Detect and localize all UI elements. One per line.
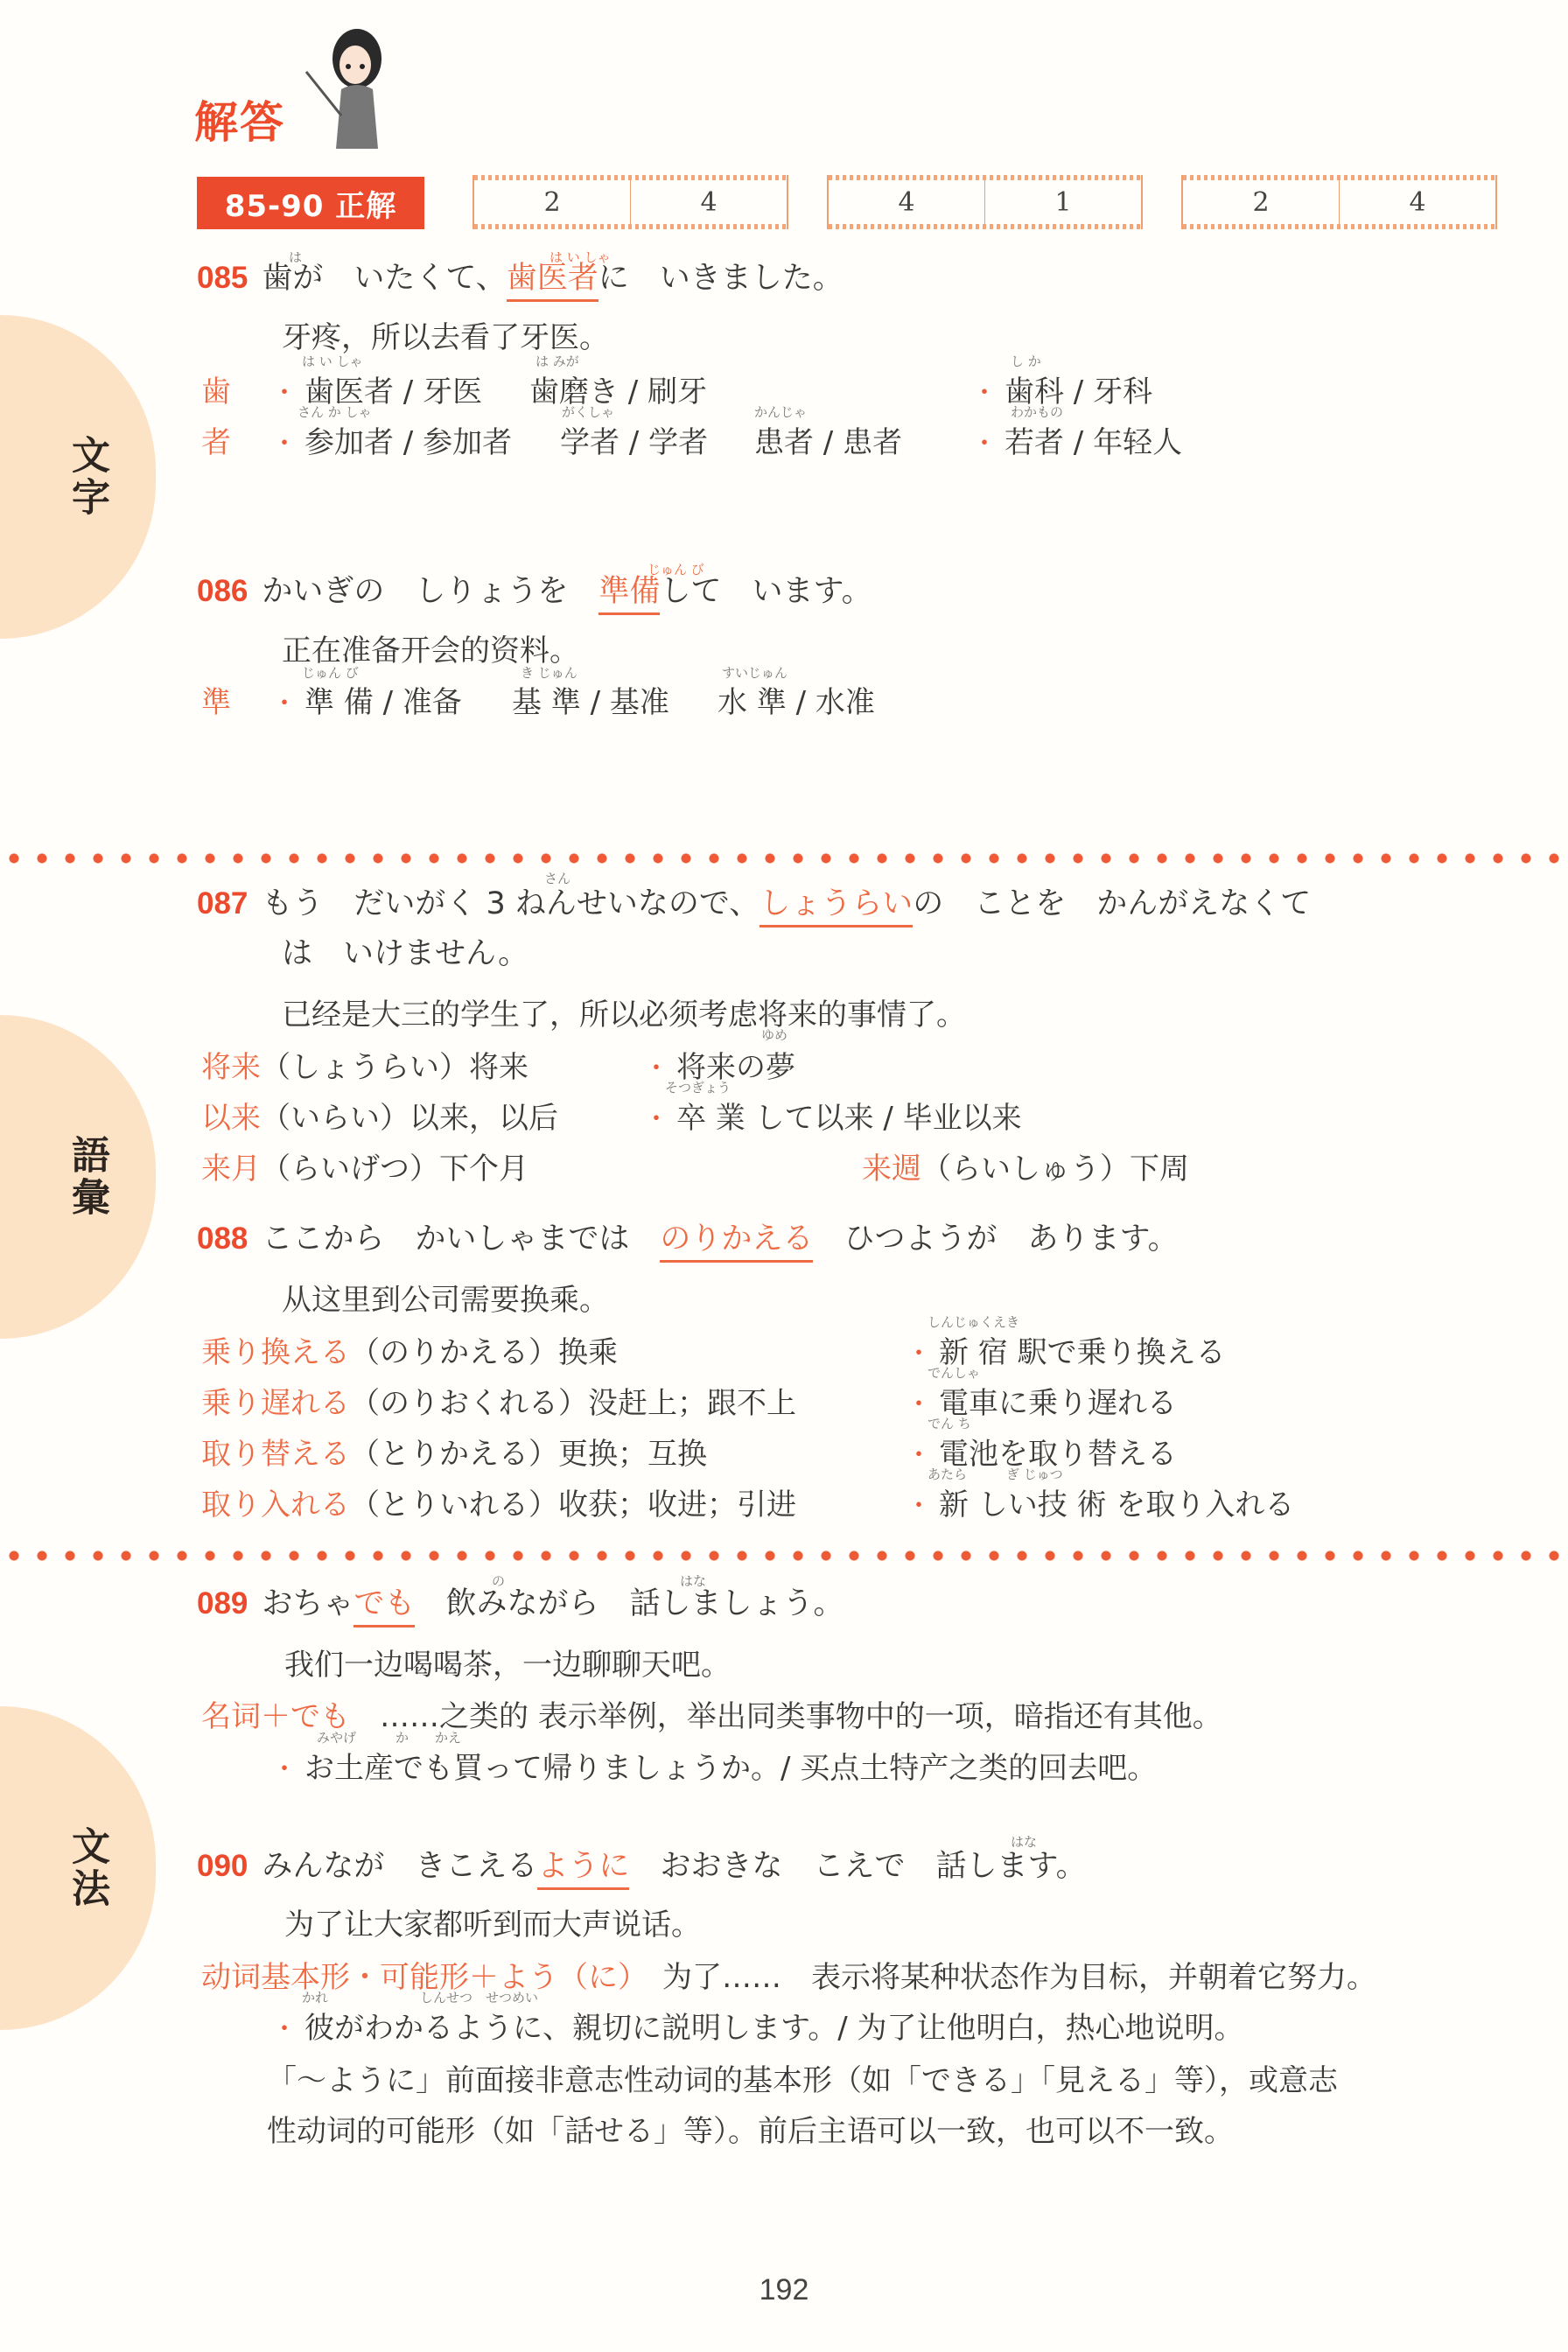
page-number: 192 [0, 2273, 1568, 2307]
tab-bunpo[interactable]: 文法 [0, 1706, 156, 2030]
question-089: 089おちゃでも 飲みながら 話しましょう。 [197, 1588, 843, 1620]
question-085: 085歯が いたくて、歯医者に いきました。 [197, 262, 843, 294]
answer-086: 4 [630, 175, 787, 229]
vocab-item: 将来（しょうらい）将来 [201, 1043, 528, 1086]
vocab-row: 者 [201, 418, 231, 461]
section-divider [0, 1550, 1568, 1561]
vocab-item: 取り替える（とりかえる）更换；互换 [201, 1430, 707, 1473]
answer-089: 2 [1183, 175, 1339, 229]
translation-088: 从这里到公司需要换乘。 [282, 1276, 609, 1319]
tab-moji[interactable]: 文字 [0, 315, 156, 639]
tab-goi[interactable]: 語彙 [0, 1015, 156, 1339]
translation-089: 我们一边喝喝茶，一边聊聊天吧。 [284, 1641, 731, 1683]
example-sentence: ・お土産でも買って帰りましょうか。/ 买点土特产之类的回去吧。 [271, 1744, 1157, 1787]
answer-group-1: 2 4 [472, 175, 788, 229]
vocab-row: 歯 [201, 367, 231, 410]
example-sentence: ・彼がわかるように、親切に説明します。/ 为了让他明白，热心地说明。 [271, 2004, 1244, 2047]
vocab-item: 来週（らいしゅう）下周 [862, 1144, 1189, 1187]
vocab-item: 乗り遅れる（のりおくれる）没赶上；跟不上 [201, 1379, 796, 1422]
answer-group-3: 2 4 [1181, 175, 1497, 229]
section-divider [0, 853, 1568, 864]
answer-highlight: 準備 [598, 574, 660, 615]
vocab-item: 乗り換える（のりかえる）换乘 [201, 1328, 618, 1371]
answer-085: 2 [474, 175, 630, 229]
question-088: 088ここから かいしゃまでは のりかえる ひつようが あります。 [197, 1223, 1179, 1255]
answer-090: 4 [1339, 175, 1495, 229]
answer-highlight: でも [353, 1586, 415, 1627]
translation-085: 牙疼，所以去看了牙医。 [282, 313, 609, 356]
answer-highlight: 歯医者 [507, 261, 598, 302]
vocab-item: 来月（らいげつ）下个月 [201, 1144, 528, 1187]
vocab-item: 以来（いらい）以来，以后 [201, 1094, 558, 1137]
note-text: 「～ように」前面接非意志性动词的基本形（如「できる」「見える」等），或意志 [267, 2056, 1338, 2099]
translation-090: 为了让大家都听到而大声说话。 [284, 1900, 701, 1943]
answer-highlight: のりかえる [660, 1221, 813, 1263]
page-title: 解答 [194, 87, 285, 150]
vocab-item: 取り入れる（とりいれる）收获；收进；引进 [201, 1480, 796, 1523]
score-badge: 85-90 正解 [197, 177, 424, 229]
answer-088: 1 [984, 175, 1141, 229]
answer-highlight: ように [537, 1849, 629, 1890]
answer-highlight: しょうらい [759, 886, 913, 927]
question-086: 086かいぎの しりょうを 準備して います。 [197, 576, 872, 607]
translation-087: 已经是大三的学生了，所以必须考虑将来的事情了。 [282, 990, 966, 1033]
question-090: 090みんなが きこえるように おおきな こえで 話します。 [197, 1851, 1087, 1882]
teacher-avatar-icon [297, 19, 402, 150]
question-087: 087もう だいがく 3 ねんせいなので、しょうらいの ことを かんがえなくて [197, 888, 1311, 920]
answer-group-2: 4 1 [827, 175, 1143, 229]
note-text: 性动词的可能形（如「話せる」等）。前后主语可以一致，也可以不一致。 [267, 2107, 1234, 2150]
answer-087: 4 [829, 175, 984, 229]
